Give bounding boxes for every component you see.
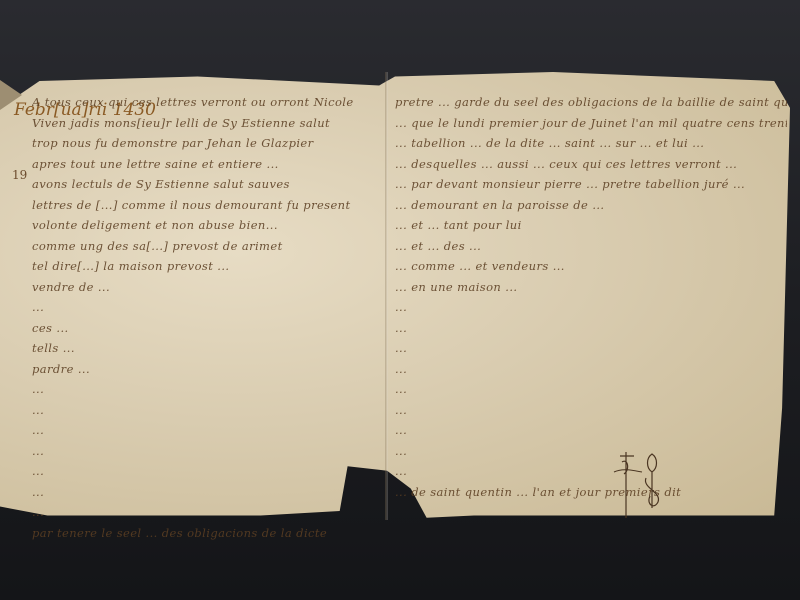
manuscript-line: ...: [32, 420, 382, 441]
manuscript-line: pardre ...: [32, 359, 382, 380]
manuscript-line: ...: [395, 297, 787, 318]
manuscript-line: ... par devant monsieur pierre ... pretr…: [395, 174, 787, 195]
manuscript-line: ...: [395, 359, 787, 380]
manuscript-line: ...: [32, 379, 382, 400]
manuscript-line: ... et ... des ...: [395, 236, 787, 257]
manuscript-line: tells ...: [32, 338, 382, 359]
manuscript-line: ...: [395, 338, 787, 359]
manuscript-line: ...: [32, 461, 382, 482]
center-fold: [385, 72, 388, 520]
manuscript-line: ...: [395, 400, 787, 421]
manuscript-line: ... desquelles ... aussi ... ceux qui ce…: [395, 154, 787, 175]
right-page-text: pretre ... garde du seel des obligacions…: [395, 92, 787, 502]
manuscript-line: ... et ... tant pour lui: [395, 215, 787, 236]
manuscript-line: Viven jadis mons[ieu]r lelli de Sy Estie…: [32, 113, 382, 134]
manuscript-line: avons lectuls de Sy Estienne salut sauve…: [32, 174, 382, 195]
manuscript-line: vendre de ...: [32, 277, 382, 298]
manuscript-line: ...: [395, 379, 787, 400]
manuscript-line: apres tout une lettre saine et entiere .…: [32, 154, 382, 175]
manuscript-line: comme ung des sa[...] prevost de arimet: [32, 236, 382, 257]
manuscript-line: ...: [395, 441, 787, 462]
manuscript-line: ... tabellion ... de la dite ... saint .…: [395, 133, 787, 154]
manuscript-line: ...: [32, 297, 382, 318]
manuscript-line: ...: [32, 441, 382, 462]
manuscript-line: ...: [395, 420, 787, 441]
manuscript-line: ...: [32, 482, 382, 503]
manuscript-line: ... demourant en la paroisse de ...: [395, 195, 787, 216]
manuscript-line: trop nous fu demonstre par Jehan le Glaz…: [32, 133, 382, 154]
manuscript-line: ... comme ... et vendeurs ...: [395, 256, 787, 277]
manuscript-line: ...: [395, 461, 787, 482]
manuscript-line: A tous ceux qui ces lettres verront ou o…: [32, 92, 382, 113]
manuscript-line: ...: [32, 400, 382, 421]
manuscript-line: tel dire[...] la maison prevost ...: [32, 256, 382, 277]
manuscript-line: ... en une maison ...: [395, 277, 787, 298]
manuscript-line: lettres de [...] comme il nous demourant…: [32, 195, 382, 216]
manuscript-line: ...: [395, 318, 787, 339]
manuscript-line: ... de saint quentin ... l'an et jour pr…: [395, 482, 787, 503]
manuscript-line: ces ...: [32, 318, 382, 339]
left-page-text: A tous ceux qui ces lettres verront ou o…: [32, 92, 382, 543]
manuscript-line: ... que le lundi premier jour de Juinet …: [395, 113, 787, 134]
notarial-signet-icon: [612, 448, 672, 522]
manuscript-line: ...: [32, 502, 382, 523]
manuscript-line: pretre ... garde du seel des obligacions…: [395, 92, 787, 113]
manuscript-line: volonte deligement et non abuse bien...: [32, 215, 382, 236]
margin-number: 19: [12, 168, 27, 182]
manuscript-line: par tenere le seel ... des obligacions d…: [32, 523, 382, 544]
